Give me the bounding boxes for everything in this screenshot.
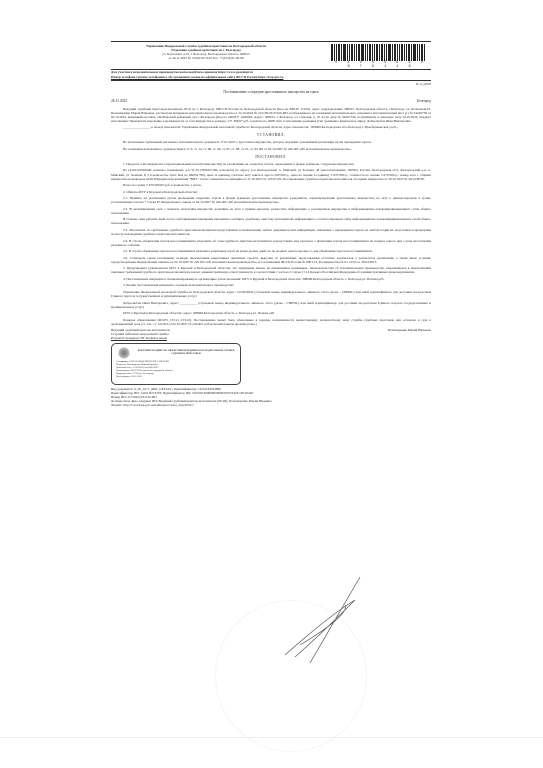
paragraph: Итого на сумму 5 679 000,00 руб. в колич… — [111, 183, 431, 187]
resolved-paragraphs: 1. Передать в Росимущество (территориаль… — [111, 162, 431, 326]
electronic-signature-stamp: ДОКУМЕНТ ПОДПИСАН ЭЛЕКТРОННОЙ ПОДПИСЬЮ В… — [111, 343, 241, 385]
org-reference: от 26.11.2025 № 31010/25/1610 Тел. +7(47… — [111, 56, 301, 60]
document-metadata: Вид документа: O_IP_ACT_ARR_GETAUC; Иден… — [111, 387, 431, 407]
stamp-title: ДОКУМЕНТ ПОДПИСАН ЭЛЕКТРОННОЙ ПОДПИСЬЮ В… — [136, 349, 236, 355]
section-established: УСТАНОВИЛ: — [111, 133, 431, 137]
handwritten-signature-icon — [250, 575, 390, 665]
paragraph: 5. Копию постановления направить сторона… — [111, 283, 431, 287]
phone-line: Номер телефона группы телефонного обслуж… — [111, 75, 431, 81]
signer-name: Пономаренко Мария Юрьевна — [388, 328, 431, 340]
paragraph: 4. Постановление направить в специализир… — [111, 277, 431, 281]
paragraph: Добролюбов Иван Викторович, адрес: _____… — [111, 301, 431, 309]
signature-block: Ведущий судебный пристав-исполнитель Ста… — [111, 328, 431, 340]
date-place-row: 26.11.2025 Белгород — [111, 99, 431, 103]
document-title: Постановление о передаче арестованного и… — [111, 90, 431, 94]
paragraph: ID 14101125993440: нежилое помещение, к.… — [111, 168, 431, 180]
paragraph: Управление Федеральной налоговой службы … — [111, 290, 431, 298]
paragraph: 1. Передать в Росимущество (территориаль… — [111, 162, 431, 166]
paragraph: 2.4. В случае объявления торгов несостоя… — [111, 239, 431, 247]
document-page: Управление Федеральной службы судебных п… — [111, 41, 431, 407]
page-edge — [0, 737, 543, 738]
paragraph: 2. Обязать МТУ в Курской и Белгородской … — [111, 190, 431, 194]
paragraph: 2.2. В десятидневный срок с момента полу… — [111, 207, 431, 215]
paragraph: 2.6. Соблюдать сроки реализации, порядок… — [111, 256, 431, 264]
coat-of-arms-icon — [118, 347, 130, 359]
metadata-line: Формат: http://www.fssp.gov.ru/namespace… — [111, 403, 431, 407]
barcode: 5 4 2 5 4 6 9 3 8 7 5 1 1 9 — [331, 44, 431, 69]
document-place: Белгород — [417, 99, 431, 103]
established-paragraphs: Во исполнение требований указанного испо… — [111, 140, 431, 151]
paragraph: Порядок обжалования (Ф3235_СТ121_СТ122).… — [111, 318, 431, 326]
recipient-paragraph: ________________, в пользу взыскателя: У… — [111, 125, 431, 129]
paragraph: 2.5. В случае объявления торгов несостоя… — [111, 249, 431, 253]
barcode-icon — [331, 44, 431, 61]
document-date: 26.11.2025 — [111, 99, 127, 103]
organization-block: Управление Федеральной службы судебных п… — [111, 44, 301, 69]
intro-paragraph: Ведущий судебный пристав-исполнитель ОСП… — [111, 107, 431, 123]
signature-check: Результат проверки ЭП: Подпись верна — [111, 336, 170, 340]
stamp-line: Дата подписи: 26.11.2025 — [116, 375, 236, 378]
section-resolved: ПОСТАНОВИЛ: — [111, 155, 431, 159]
paragraph: На основании изложенного, руководствуясь… — [111, 147, 431, 151]
paragraph: 2.1. Принять на реализацию путем проведе… — [111, 196, 431, 204]
stamp-lines: Сертификат: 01F2A0C6000C0B1E9 9F8 7A3B 4… — [116, 360, 236, 378]
paragraph: В течение семи рабочих дней после опубли… — [111, 217, 431, 225]
paragraph: 3. Предупредить руководителя МТУ в Курск… — [111, 266, 431, 274]
paragraph: МТУ в Курской и Белгородской областях, а… — [111, 311, 431, 315]
document-header: Управление Федеральной службы судебных п… — [111, 41, 431, 70]
paragraph: Во исполнение требований указанного испо… — [111, 140, 431, 144]
barcode-number: 5 4 2 5 4 6 9 3 8 7 5 1 1 9 — [331, 61, 431, 69]
paragraph: 2.3. Обеспечить по требованию судебного … — [111, 228, 431, 236]
registration-number: № 1( )2025 — [111, 82, 431, 86]
